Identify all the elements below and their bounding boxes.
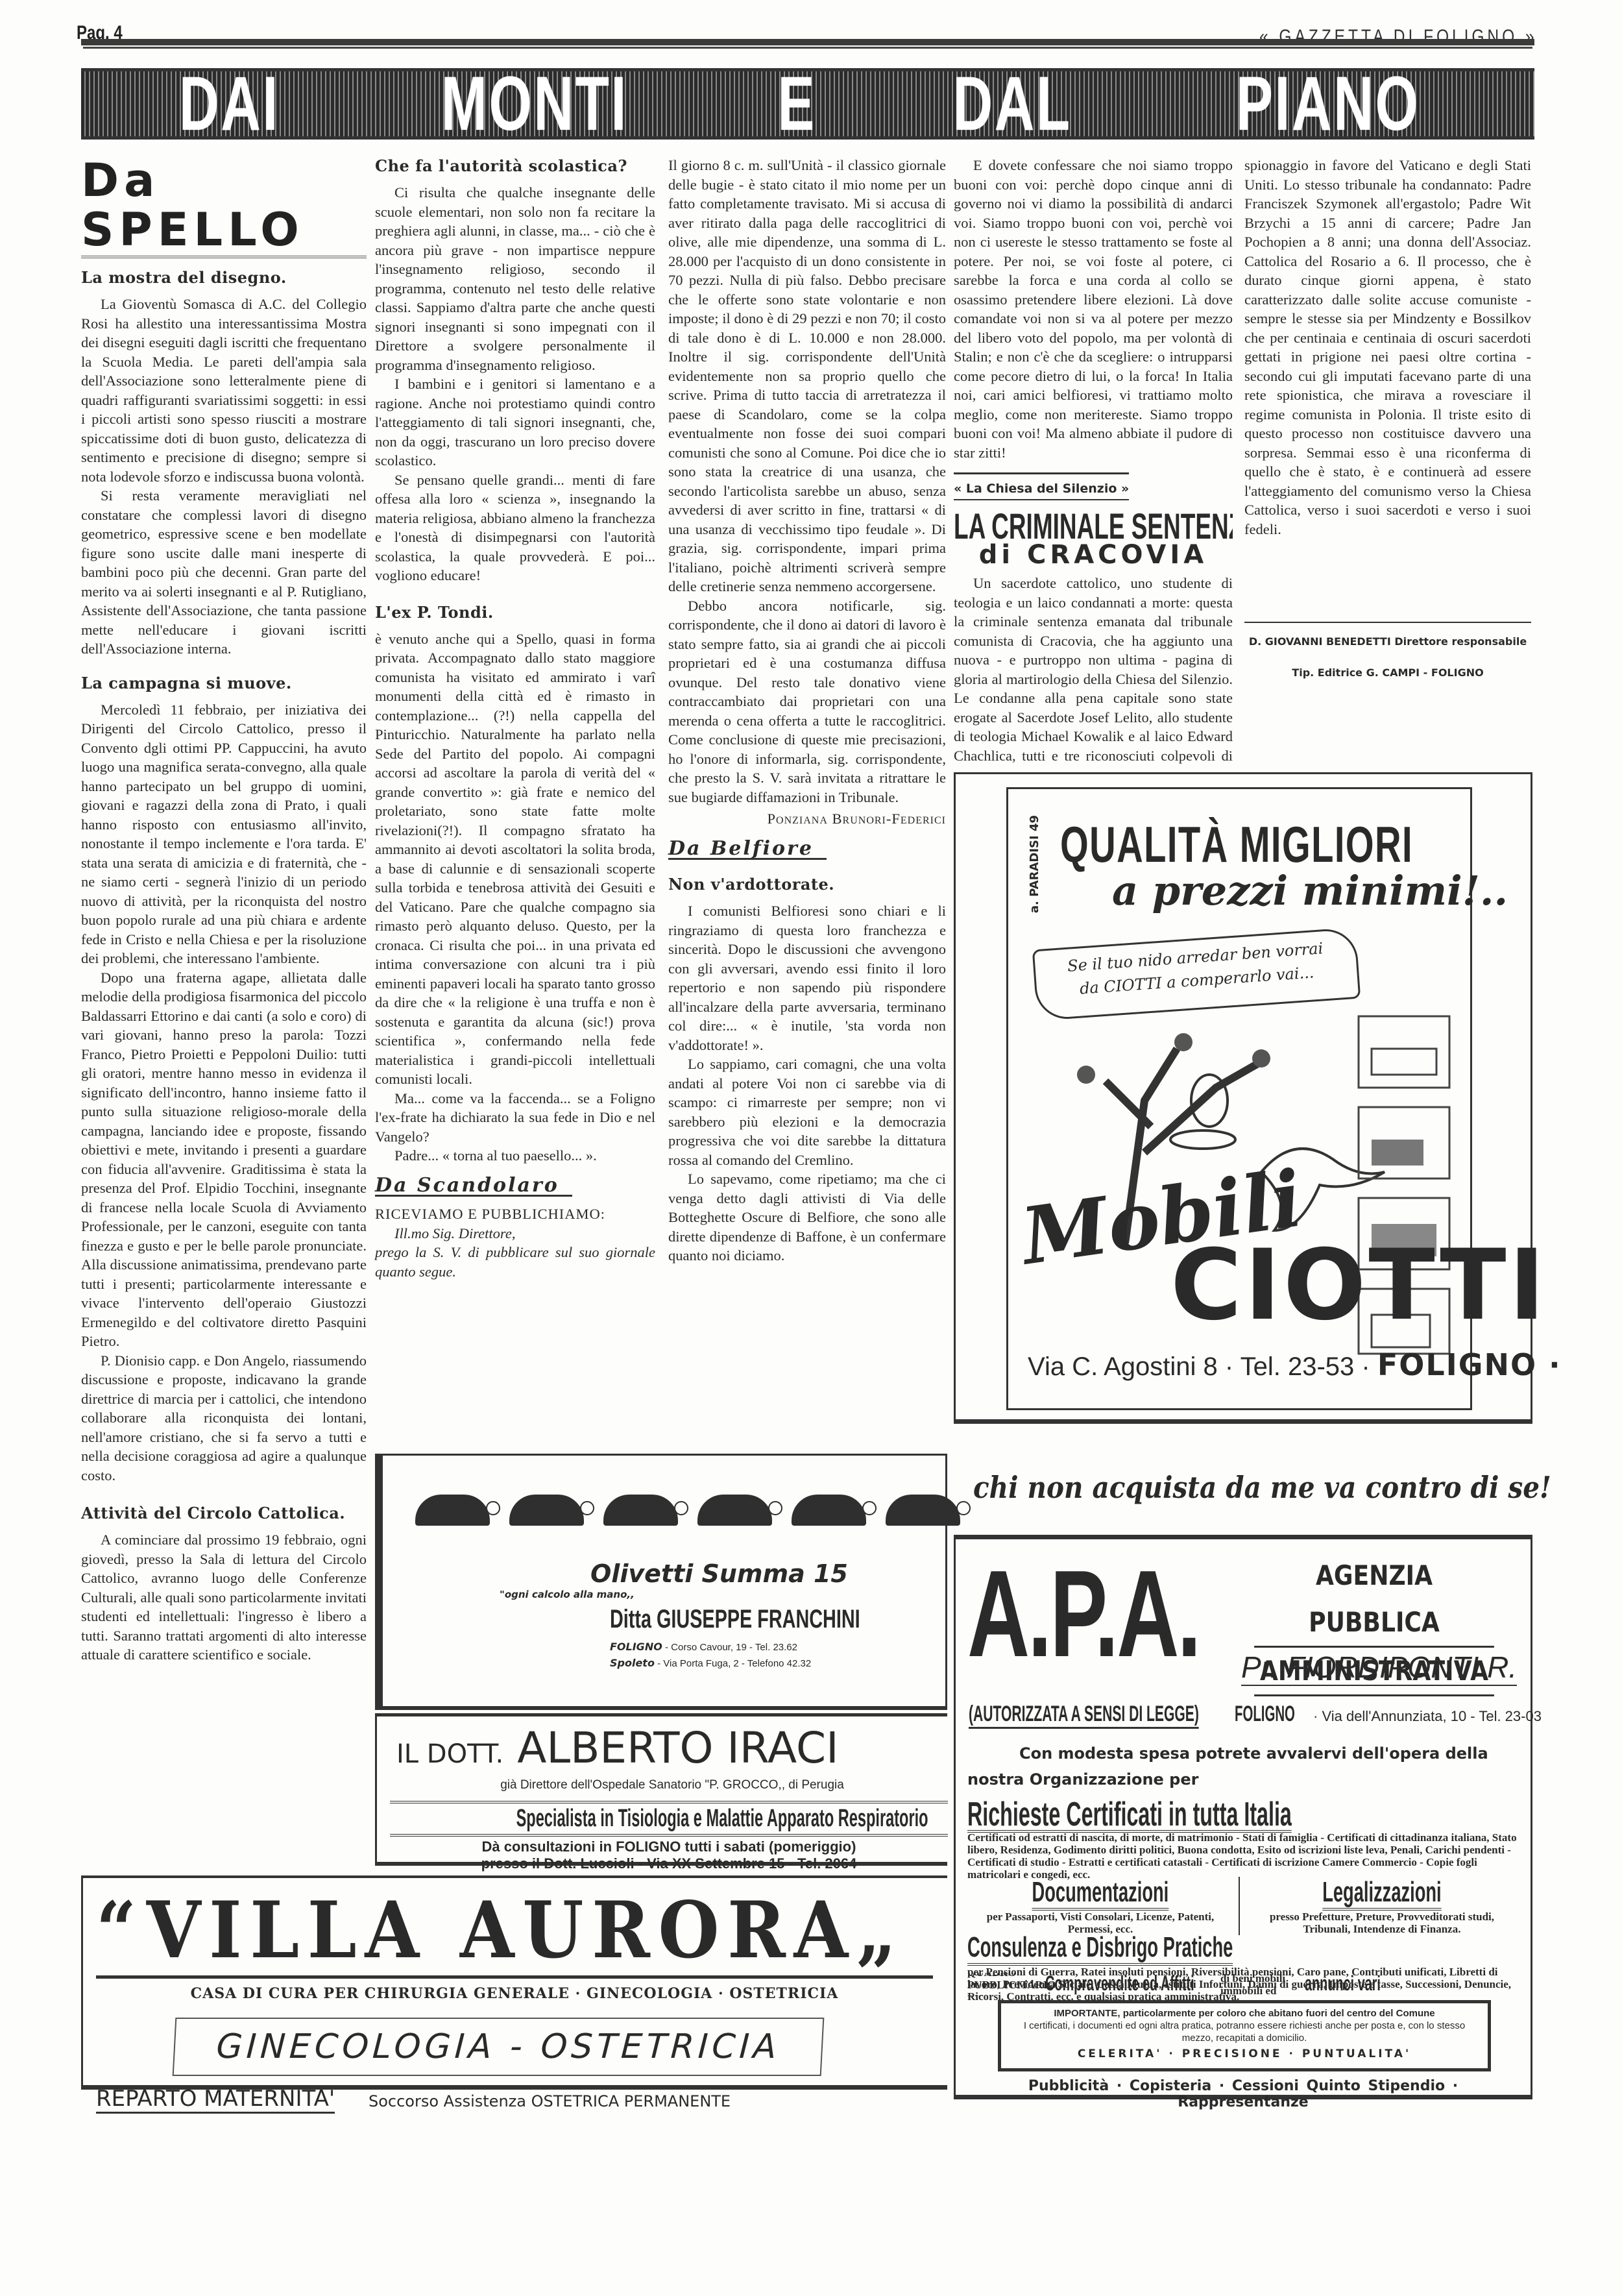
apa-agency-ad: A.P.A. AGENZIA PUBBLICA AMMINISTRATIVA P… [954,1535,1532,2099]
name-text: ALBERTO IRACI [517,1723,838,1773]
calculator-icon [509,1495,584,1526]
paragraph: Si resta veramente meravigliati nel cons… [81,486,367,659]
calculator-icon [886,1495,960,1526]
ad-footer: Pubblicità · Copisteria · Cessioni Quint… [967,2078,1519,2110]
consultation-info: Dà consultazioni in FOLIGNO tutti i saba… [396,1838,941,1872]
dealer-address: FOLIGNO - Corso Cavour, 19 - Tel. 23.62 [610,1641,797,1653]
ad-subheadline: a prezzi minimi!.. [1112,867,1508,914]
city-name: Spoleto [610,1657,655,1669]
service-prefix: QUADRO PUBBLICITARIO per [967,1973,1039,1996]
column-3: Il giorno 8 c. m. sull'Unità - il classi… [668,156,946,1265]
apa-logo: A.P.A. [967,1552,1200,1676]
intro-text: Con modesta spesa potrete avvalervi dell… [967,1740,1519,1792]
notice-motto: CELERITA' · PRECISIONE · PUNTUALITA' [1008,2048,1481,2060]
clinic-name: “VILLA AURORA„ [96,1885,905,1976]
paragraph: I bambini e i genitori si lamentano e a … [375,374,655,470]
service-title: Legalizzazioni [1322,1877,1441,1911]
notice-text: I certificati, i documenti ed ogni altra… [1008,2020,1481,2044]
paragraph: Ma... come va la faccenda... se a Folign… [375,1089,655,1147]
column-1: Da SPELLO La mostra del disegno. La Giov… [81,156,367,1665]
artist-signature: a. PARADISI 49 [1028,815,1041,913]
banner-word: DAI [179,66,280,142]
calculator-icon [697,1495,772,1526]
maternity-ward: REPARTO MATERNITA' [96,2086,335,2114]
ad-inner-frame: a. PARADISI 49 QUALITÀ MIGLIORI a prezzi… [1006,787,1472,1410]
service-certificati: Richieste Certificati in tutta Italia Ce… [967,1799,1520,1881]
paragraph: Dopo una fraterna agape, allietata dalle… [81,968,367,1351]
service-middle: di beni mobili immobili ed [1220,1973,1298,1996]
paragraph: Se pensano quelle grandi... menti di far… [375,470,655,585]
address-text: - Corso Cavour, 19 - Tel. 23.62 [662,1642,797,1653]
title-prefix: IL DOTT. [396,1739,503,1769]
notice-box: IMPORTANTE, particolarmente per coloro c… [998,2000,1491,2071]
ad-headline: QUALITÀ MIGLIORI [1060,815,1413,874]
city-name: FOLIGNO [1235,1702,1295,1727]
specialty-text: Specialista in Tisiologia e Malattie App… [516,1805,928,1833]
ad-slogan: chi non acquista da me va contro di se! [973,1470,1551,1505]
salutation: Ill.mo Sig. Direttore, [375,1224,655,1243]
paragraph: La Gioventù Somasca di A.C. del Collegio… [81,295,367,486]
printer-credit: Tip. Editrice G. CAMPI - FOLIGNO [1244,663,1531,683]
paragraph: I comunisti Belfioresi sono chiari e li … [668,901,946,1055]
paragraph: è venuto anche qui a Spello, quasi in fo… [375,629,655,1089]
section-title-scandolaro: Da Scandolaro [375,1176,572,1197]
olivetti-franchini-ad: Olivetti Summa 15 "ogni calcolo alla man… [375,1454,947,1710]
banner-word: MONTI [441,66,628,142]
banner-word: DAL [952,66,1071,142]
service-doc-legal: Documentazioni per Passaporti, Visti Con… [967,1877,1520,1935]
ciotti-furniture-ad: a. PARADISI 49 QUALITÀ MIGLIORI a prezzi… [954,772,1532,1424]
specialty: Specialista in Tisiologia e Malattie App… [390,1801,948,1837]
calculator-icon [603,1495,678,1526]
agency-address: FOLIGNO · Via dell'Annunziata, 10 - Tel.… [1235,1702,1542,1727]
intro-line: nostra Organizzazione per [967,1766,1519,1792]
service-title: Consulenza e Disbrigo Pratiche [967,1932,1233,1966]
iraci-doctor-ad: IL DOTT. ALBERTO IRACI già Direttore del… [375,1713,947,1866]
doctor-name: IL DOTT. ALBERTO IRACI [396,1723,839,1773]
banner-word: E [778,66,817,142]
paragraph: Lo sappiamo, cari comagni, che una volta… [668,1055,946,1169]
agency-owner: Pr. FIORDIPONTI R. [1241,1650,1517,1686]
service-title: Richieste Certificati in tutta Italia [967,1799,1292,1833]
paragraph: Ci risulta che qualche insegnante delle … [375,183,655,374]
consultation-line: presso il Dott. Luccioli - Via XX Settem… [396,1855,941,1872]
agency-line: AGENZIA PUBBLICA [1254,1552,1494,1648]
paragraph-continued: Un sacerdote cattolico, uno studente di … [1244,156,1531,539]
assistance-note: Soccorso Assistenza OSTETRICA PERMANENTE [369,2092,731,2110]
product-motto: "ogni calcolo alla mano,, [500,1589,635,1600]
store-address: Via C. Agostini 8 · Tel. 23-53 · FOLIGNO… [1028,1347,1562,1382]
article-heading: La campagna si muove. [81,673,367,694]
section-title-belfiore: Da Belfiore [668,839,827,861]
paragraph: Lo sapevamo, come ripetiamo; ma che ci v… [668,1169,946,1265]
calculator-icon [792,1495,866,1526]
request-text: prego la S. V. di pubblicare sul suo gio… [375,1243,655,1281]
director-credit: D. GIOVANNI BENEDETTI Direttore responsa… [1244,622,1531,652]
calculator-illustrations [415,1495,960,1526]
service-title: annunci vari [1305,1973,1381,1996]
column-4: E dovete confessare che noi siamo troppo… [954,156,1233,766]
headline: LA CRIMINALE SENTENZA [954,507,1138,546]
article-heading: Attività del Circolo Cattolica. [81,1503,367,1524]
service-compravendite: QUADRO PUBBLICITARIO per Compravendite e… [967,1973,1520,1996]
paragraph: P. Dionisio capp. e Don Angelo, riassume… [81,1351,367,1485]
signature: Ponziana Brunori-Federici [668,809,946,829]
article-heading: Che fa l'autorità scolastica? [375,156,655,177]
service-title: Documentazioni [1032,1877,1169,1911]
section-banner: DAI MONTI E DAL PIANO [81,68,1534,140]
headline-sub: di CRACOVIA [954,546,1233,565]
paragraph: A cominciare dal prossimo 19 febbraio, o… [81,1530,367,1665]
intro-line: Con modesta spesa potrete avvalervi dell… [967,1740,1519,1766]
dealer-name: Ditta GIUSEPPE FRANCHINI [610,1605,860,1634]
specialty-box: GINECOLOGIA - OSTETRICIA [173,2018,825,2076]
article-heading: Non v'ardottorate. [668,874,946,895]
notice-title: IMPORTANTE, particolarmente per coloro c… [1008,2007,1481,2020]
header-rule [81,39,1534,47]
product-name: Olivetti Summa 15 [590,1559,848,1588]
service-title: Compravendite ed Affitti [1045,1973,1150,1996]
villa-aurora-ad: “VILLA AURORA„ CASA DI CURA PER CHIRURGI… [81,1875,947,2090]
paragraph: Mercoledì 11 febbraio, per iniziativa de… [81,700,367,968]
calculator-icon [415,1495,490,1526]
paragraph: Il giorno 8 c. m. sull'Unità - il classi… [668,156,946,596]
address-text: · Via dell'Annunziata, 10 - Tel. 23-03 [1309,1708,1542,1724]
paragraph: Padre... « torna al tuo paesello... ». [375,1146,655,1166]
column-5: Un sacerdote cattolico, uno studente di … [1244,156,1531,682]
section-title-spello: Da SPELLO [81,156,367,258]
continuation-note: Un sacerdote cattolico, uno studente di … [1244,156,1531,610]
former-position: già Direttore dell'Ospedale Sanatorio "P… [403,1778,941,1792]
dealer-address: Spoleto - Via Porta Fuga, 2 - Telefono 4… [610,1657,811,1669]
paragraph: E dovete confessare che noi siamo troppo… [954,156,1233,462]
lead-text: RICEVIAMO E PUBBLICHIAMO: [375,1204,655,1224]
ribbon-scroll: Se il tuo nido arredar ben vorrai da CIO… [1032,927,1361,1021]
paragraph: Debbo ancora notificarle, sig. corrispon… [668,596,946,807]
banner-word: PIANO [1236,66,1420,142]
kicker-label: « La Chiesa del Silenzio » [954,472,1129,500]
address-text: - Via Porta Fuga, 2 - Telefono 42.32 [655,1658,811,1669]
consultation-line: Dà consultazioni in FOLIGNO tutti i saba… [396,1838,941,1855]
city-name: FOLIGNO [610,1641,662,1653]
brand-name: CIOTTI [1170,1237,1547,1334]
service-description: Certificati od estratti di nascita, di m… [967,1831,1520,1881]
article-heading: L'ex P. Tondi. [375,602,655,623]
address-text: Via C. Agostini 8 · Tel. 23-53 · [1028,1352,1370,1381]
city-name: FOLIGNO · [1377,1347,1562,1382]
clinic-tagline: CASA DI CURA PER CHIRURGIA GENERALE · GI… [96,1985,933,2002]
authorization-note: (AUTORIZZATA A SENSI DI LEGGE) [969,1702,1199,1729]
column-2: Che fa l'autorità scolastica? Ci risulta… [375,156,655,1281]
article-heading: La mostra del disegno. [81,267,367,288]
divider [96,1975,933,1979]
paragraph: Un sacerdote cattolico, uno studente di … [954,574,1233,766]
